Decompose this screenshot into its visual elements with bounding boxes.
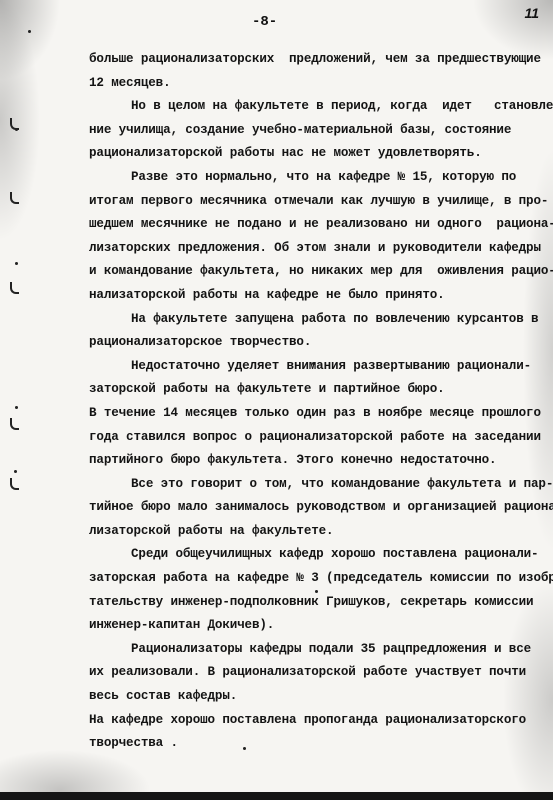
text-line: партийного бюро факультета. Этого конечн… xyxy=(89,449,551,473)
speck xyxy=(28,30,31,33)
text-line: 12 месяцев. xyxy=(89,72,551,96)
text-line: рационализаторское творчество. xyxy=(89,331,551,355)
speck xyxy=(15,128,18,131)
text-line: лизаторских предложения. Об этом знали и… xyxy=(89,237,551,261)
text-line: Среди общеучилищных кафедр хорошо постав… xyxy=(89,543,551,567)
text-line: ние училища, создание учебно-материально… xyxy=(89,119,551,143)
text-line: На кафедре хорошо поставлена пропоганда … xyxy=(89,709,551,733)
text-line: тательству инженер-подполковник Гришуков… xyxy=(89,591,551,615)
binding-mark xyxy=(10,478,19,490)
text-line: лизаторской работы на факультете. xyxy=(89,520,551,544)
sheet-number: 11 xyxy=(524,5,539,21)
speck xyxy=(15,262,18,265)
text-line: года ставился вопрос о рационализаторско… xyxy=(89,426,551,450)
text-line: Все это говорит о том, что командование … xyxy=(89,473,551,497)
text-line: На факультете запущена работа по вовлече… xyxy=(89,308,551,332)
text-line: больше рационализаторских предложений, ч… xyxy=(89,48,551,72)
text-line: Разве это нормально, что на кафедре № 15… xyxy=(89,166,551,190)
text-line: нализаторской работы на кафедре не было … xyxy=(89,284,551,308)
scanned-page: -8- 11 больше рационализаторских предлож… xyxy=(0,0,553,800)
text-line: весь состав кафедры. xyxy=(89,685,551,709)
binding-mark xyxy=(10,282,19,294)
speck xyxy=(15,406,18,409)
text-line: Рационализаторы кафедры подали 35 рацпре… xyxy=(89,638,551,662)
text-line: их реализовали. В рационализаторской раб… xyxy=(89,661,551,685)
text-line: В течение 14 месяцев только один раз в н… xyxy=(89,402,551,426)
binding-mark xyxy=(10,192,19,204)
text-line: творчества . xyxy=(89,732,551,756)
speck xyxy=(14,470,17,473)
text-line: Недостаточно уделяет внимания развертыва… xyxy=(89,355,551,379)
text-line: инженер-капитан Докичев). xyxy=(89,614,551,638)
text-line: и командование факультета, но никаких ме… xyxy=(89,260,551,284)
document-body: больше рационализаторских предложений, ч… xyxy=(89,48,551,756)
text-line: итогам первого месячника отмечали как лу… xyxy=(89,190,551,214)
binding-mark xyxy=(10,418,19,430)
scan-edge xyxy=(0,792,553,800)
text-line: шедшем месячнике не подано и не реализов… xyxy=(89,213,551,237)
page-number: -8- xyxy=(252,14,277,30)
text-line: Но в целом на факультете в период, когда… xyxy=(89,95,551,119)
text-line: тийное бюро мало занималось руководством… xyxy=(89,496,551,520)
text-line: заторской работы на факультете и партийн… xyxy=(89,378,551,402)
text-line: рационализаторской работы нас не может у… xyxy=(89,142,551,166)
text-line: заторская работа на кафедре № 3 (председ… xyxy=(89,567,551,591)
